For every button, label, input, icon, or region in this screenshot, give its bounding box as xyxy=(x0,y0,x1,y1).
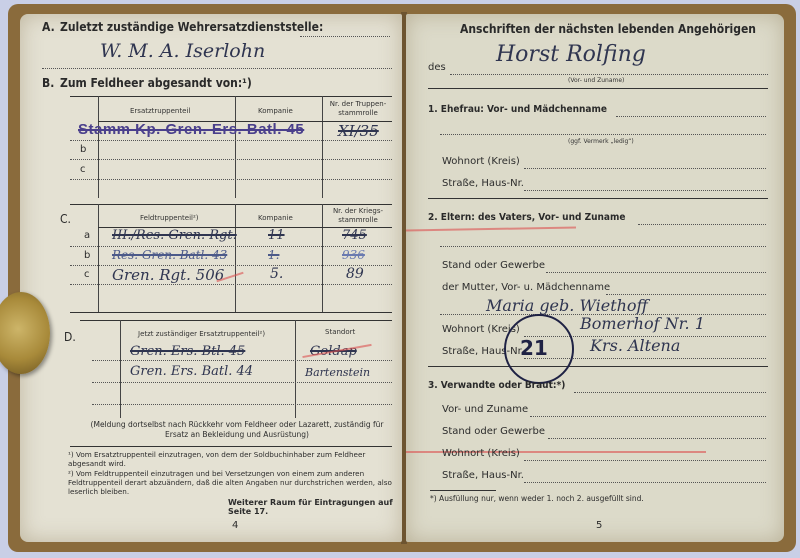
dotted-line xyxy=(92,382,392,383)
table-divider xyxy=(235,204,236,312)
section-3-strasse: Straße, Haus-Nr. xyxy=(442,470,524,481)
left-page: A. Zuletzt zuständige Wehrersatzdienstst… xyxy=(20,14,402,542)
dotted-line xyxy=(70,179,392,180)
b-row-b-label: b xyxy=(80,144,86,155)
dotted-line xyxy=(524,482,766,483)
section-1-strasse: Straße, Haus-Nr. xyxy=(442,178,524,189)
des-value: Horst Rolfing xyxy=(496,42,646,67)
table-divider xyxy=(235,96,236,198)
section-3-name: Vor- und Zuname xyxy=(442,404,528,415)
col-kompanie: Kompanie xyxy=(258,107,293,115)
col-feldtruppenteil: Feldtruppenteil²) xyxy=(140,214,199,222)
page-rule xyxy=(428,88,768,89)
section-a-label: Zuletzt zuständige Wehrersatzdienststell… xyxy=(60,20,323,34)
dotted-line xyxy=(548,438,766,439)
dotted-line xyxy=(300,36,390,37)
footnote-2: ²) Vom Feldtruppenteil einzutragen und b… xyxy=(68,469,396,496)
col-standort: Standort xyxy=(325,328,355,336)
c-row-a-company: 11 xyxy=(268,228,285,243)
footnote-1: ¹) Vom Ersatztruppenteil einzutragen, vo… xyxy=(68,450,396,468)
dotted-line xyxy=(524,460,766,461)
d-row-1-unit: Gren. Ers. Btl. 45 xyxy=(130,344,245,359)
col-kompanie: Kompanie xyxy=(258,214,293,222)
dotted-line xyxy=(92,404,392,405)
c-row-c-unit: Gren. Rgt. 506 xyxy=(112,266,224,284)
table-divider xyxy=(98,204,99,312)
c-row-b-number: 936 xyxy=(342,248,365,262)
table-rule xyxy=(70,312,392,313)
section-d-letter: D. xyxy=(64,330,76,344)
table-rule xyxy=(70,446,392,447)
page-rule xyxy=(428,366,768,367)
c-row-b-label: b xyxy=(84,250,90,261)
section-3-wohnort: Wohnort (Kreis) xyxy=(442,448,520,459)
page-title: Anschriften der nächsten lebenden Angehö… xyxy=(460,22,756,36)
right-page: Anschriften der nächsten lebenden Angehö… xyxy=(406,14,784,542)
dotted-line xyxy=(546,272,766,273)
red-mark xyxy=(406,227,576,232)
section-1-label: 1. Ehefrau: Vor- und Mädchenname xyxy=(428,104,607,115)
des-caption: (Vor- und Zuname) xyxy=(568,77,624,84)
dotted-line xyxy=(574,392,766,393)
dotted-line xyxy=(70,246,392,247)
dotted-line xyxy=(616,116,766,117)
d-row-2-unit: Gren. Ers. Batl. 44 xyxy=(130,364,253,379)
col-kriegsstammrolle: Nr. der Kriegs-stammrolle xyxy=(326,207,390,225)
section-a-handwritten: W. M. A. Iserlohn xyxy=(100,40,265,62)
c-row-a-unit: III./Res. Gren. Rgt. xyxy=(112,228,237,243)
dotted-line xyxy=(440,246,766,247)
table-divider xyxy=(98,96,99,198)
page-rule xyxy=(428,198,768,199)
c-row-c-number: 89 xyxy=(346,266,364,282)
table-rule xyxy=(70,204,392,205)
section-a-letter: A. xyxy=(42,20,55,34)
dotted-line xyxy=(70,284,392,285)
dotted-line xyxy=(524,168,766,169)
section-d-note: (Meldung dortselbst nach Rückkehr vom Fe… xyxy=(82,420,392,440)
section-2-stand: Stand oder Gewerbe xyxy=(442,260,545,271)
dotted-line xyxy=(42,68,392,69)
section-3-footnote: *) Ausfüllung nur, wenn weder 1. noch 2.… xyxy=(430,494,644,503)
dotted-line xyxy=(450,74,768,75)
col-stammrolle: Nr. der Truppen-stammrolle xyxy=(326,100,390,118)
section-2-wohnort-value: Bomerhof Nr. 1 xyxy=(580,314,705,333)
d-row-2-location: Bartenstein xyxy=(305,366,370,379)
section-2-strasse-value: Krs. Altena xyxy=(590,336,680,355)
table-rule xyxy=(80,320,392,321)
section-3-label: 3. Verwandte oder Braut:*) xyxy=(428,380,565,391)
dotted-line xyxy=(70,159,392,160)
c-row-c-company: 5. xyxy=(270,266,283,282)
section-b-label: Zum Feldheer abgesandt von:¹) xyxy=(60,76,252,90)
c-row-c-label: c xyxy=(84,269,90,280)
footnote-rule xyxy=(430,490,496,491)
dotted-line xyxy=(70,140,392,141)
section-2-mutter: der Mutter, Vor- u. Mädchenname xyxy=(442,282,610,293)
c-row-a-number: 745 xyxy=(342,228,367,243)
b-row-a-number: XI/35 xyxy=(338,122,379,140)
page-number: 4 xyxy=(232,520,238,531)
page-number: 5 xyxy=(596,520,602,531)
section-3-stand: Stand oder Gewerbe xyxy=(442,426,545,437)
section-c-letter: C. xyxy=(60,212,71,226)
c-row-a-label: a xyxy=(84,230,90,241)
dotted-line xyxy=(638,224,766,225)
c-row-b-company: 1. xyxy=(268,248,279,262)
dotted-line xyxy=(606,294,766,295)
continuation-note: Weiterer Raum für Eintragungen auf Seite… xyxy=(228,498,402,516)
dotted-line xyxy=(524,190,766,191)
section-2-label: 2. Eltern: des Vaters, Vor- und Zuname xyxy=(428,212,625,223)
des-label: des xyxy=(428,62,446,73)
stamp-unit-b-a: Stamm Kp. Gren. Ers. Batl. 45 xyxy=(78,121,304,138)
soldbuch-booklet: A. Zuletzt zuständige Wehrersatzdienstst… xyxy=(8,4,796,552)
section-1-wohnort: Wohnort (Kreis) xyxy=(442,156,520,167)
table-rule xyxy=(70,96,392,97)
section-1-caption: (ggf. Vermerk „ledig“) xyxy=(568,138,634,145)
c-row-b-unit: Res. Gren. Batl. 43 xyxy=(112,248,227,262)
section-b-letter: B. xyxy=(42,76,54,90)
section-2-mutter-value: Maria geb. Wiethoff xyxy=(486,296,648,315)
col-jetzt-zustaendig: Jetzt zuständiger Ersatztruppenteil²) xyxy=(138,330,265,338)
col-ersatztruppenteil: Ersatztruppenteil xyxy=(130,107,190,115)
dotted-line xyxy=(530,416,766,417)
b-row-c-label: c xyxy=(80,164,86,175)
dotted-line xyxy=(92,360,392,361)
table-divider xyxy=(322,204,323,312)
stamp-number: 21 xyxy=(520,336,548,360)
dotted-line xyxy=(440,134,766,135)
table-divider xyxy=(322,96,323,198)
